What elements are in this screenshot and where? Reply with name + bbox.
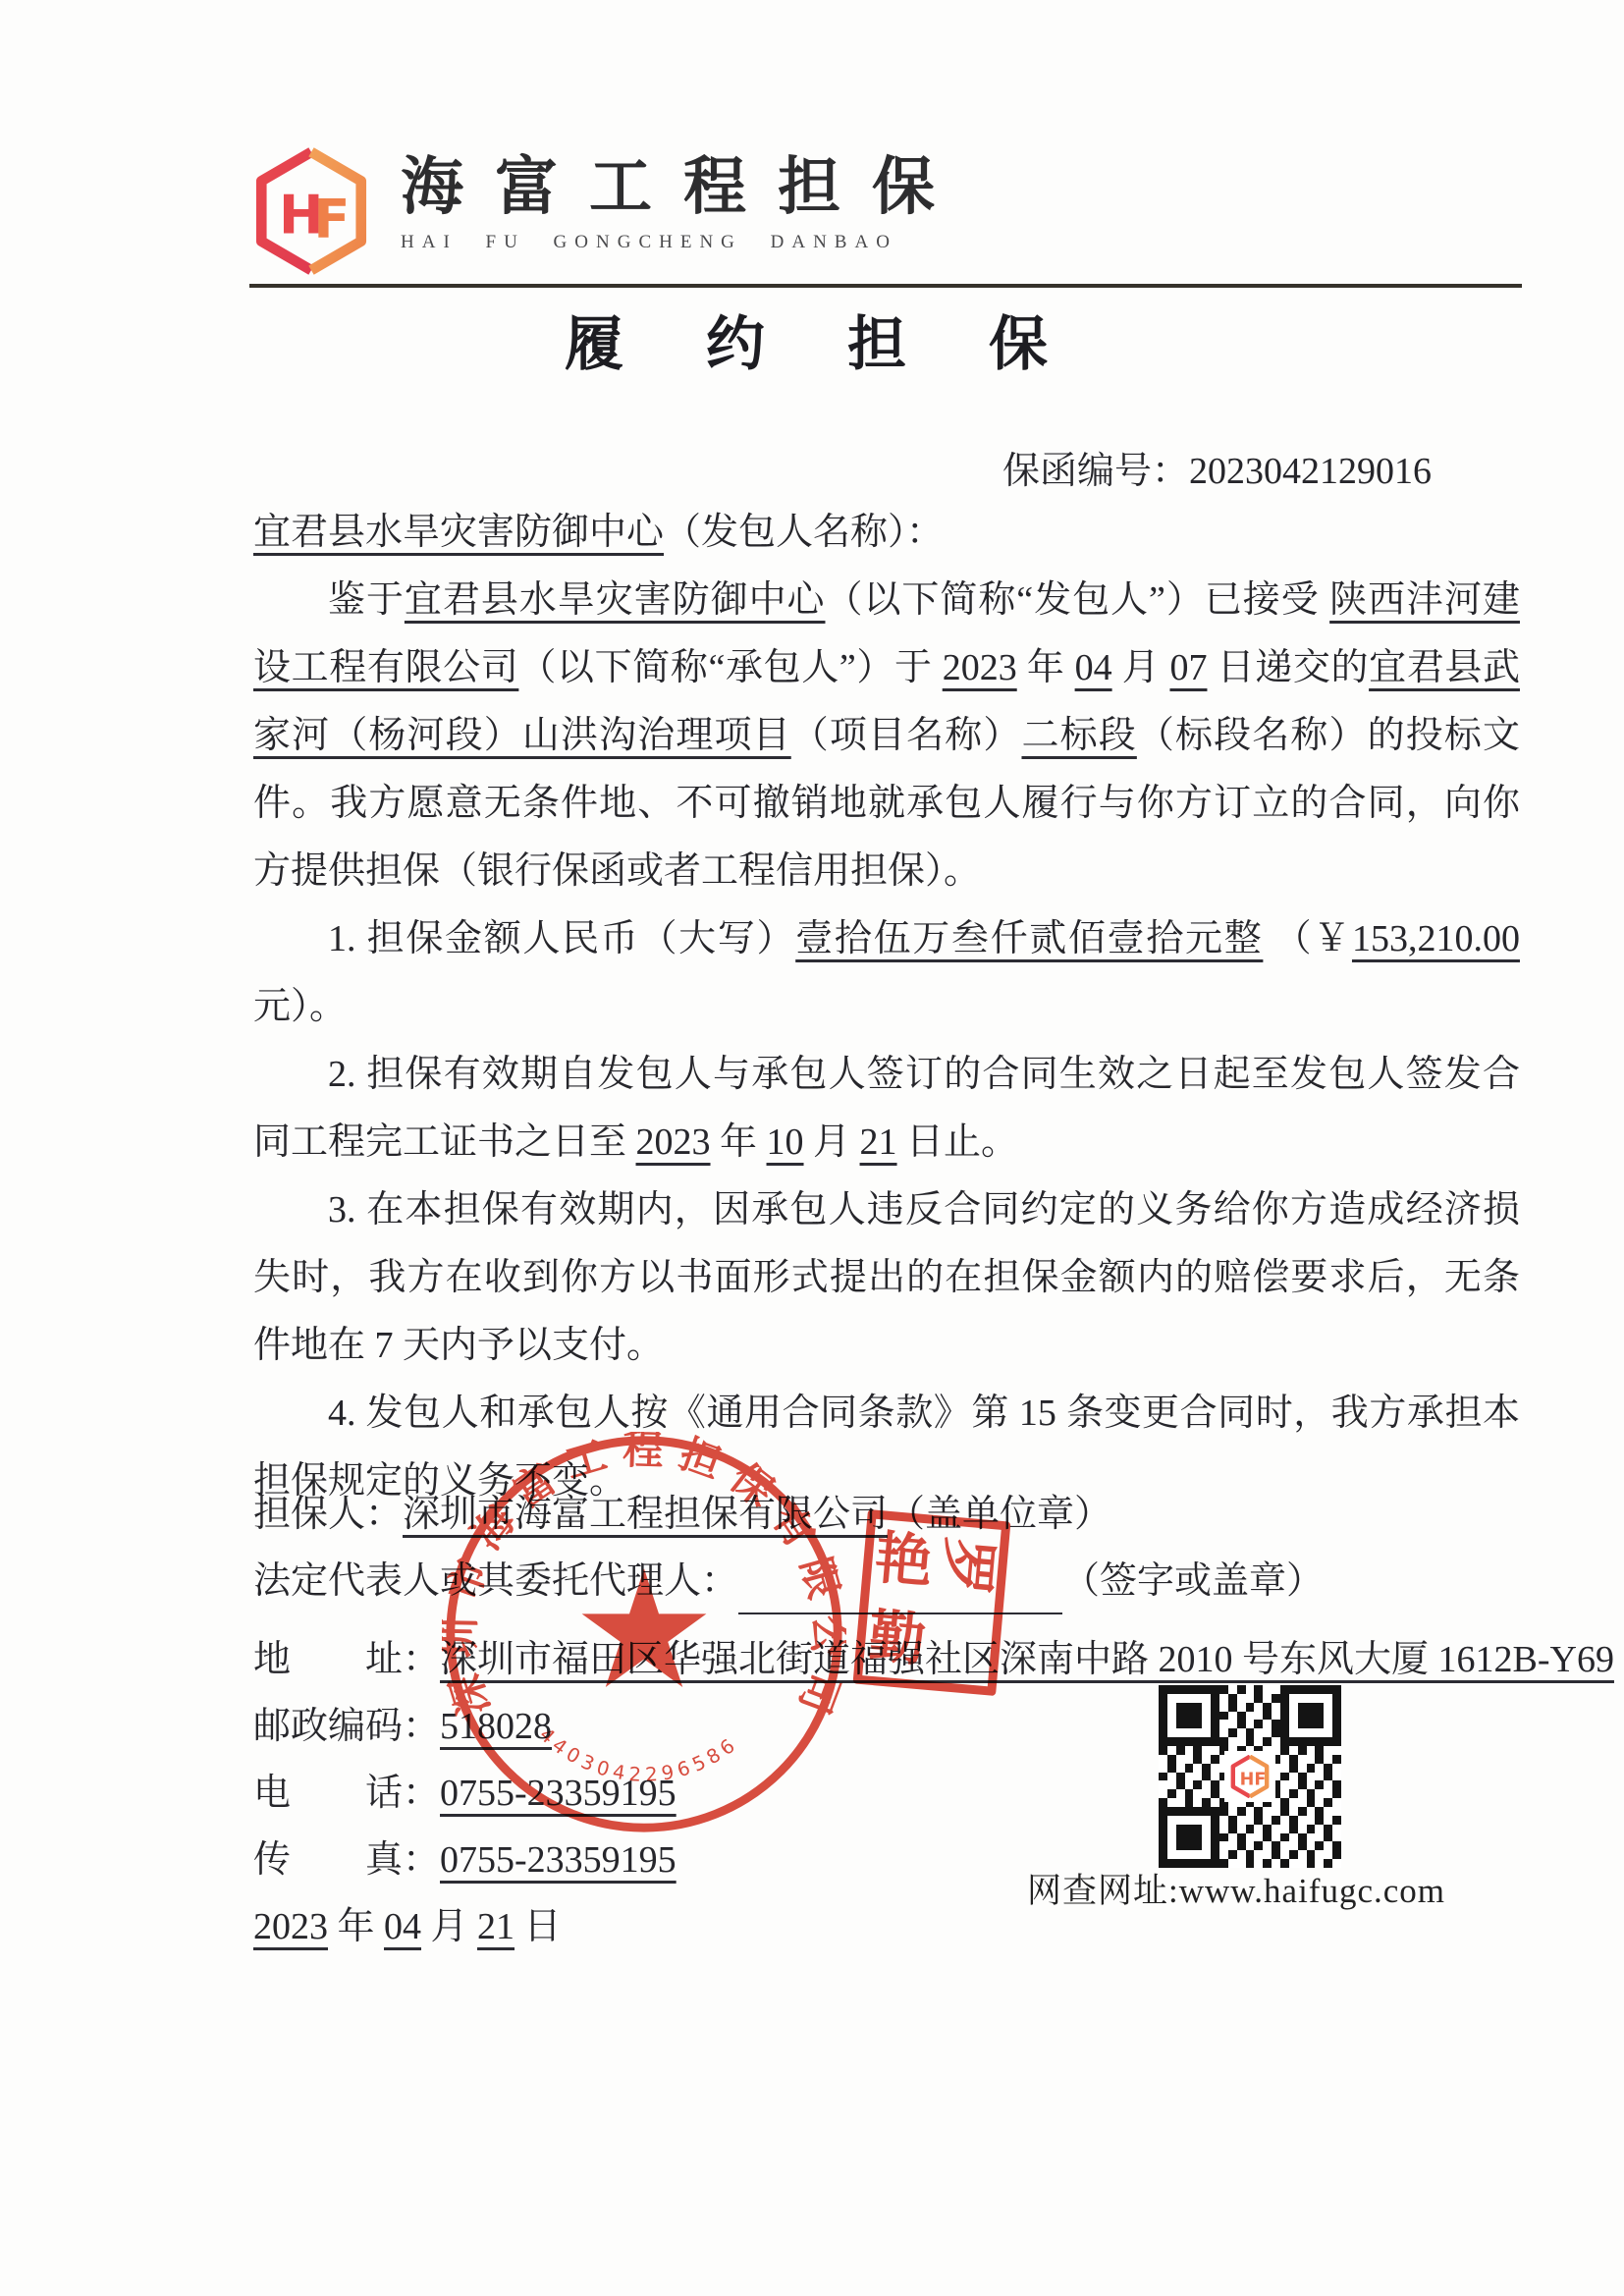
company-name-pinyin: HAI FU GONGCHENG DANBAO [401,232,966,253]
guarantee-ref-line: 保函编号：2023042129016 [1002,440,1432,494]
addressee-line: 宜君县水旱灾害防御中心（发包人名称）： [253,499,1520,567]
document-title: 履 约 担 保 [0,298,1624,382]
clause-2: 2. 担保有效期自发包人与承包人签订的合同生效之日起至发包人签发合同工程完工证书… [253,1041,1520,1176]
logo-text-block: 海富工程担保 HAI FU GONGCHENG DANBAO [401,145,966,253]
qr-code: HF [1159,1685,1341,1868]
verification-url: 网查网址:www.haifugc.com [1027,1864,1439,1913]
personal-name-stamp: 艳 罗 勤 [853,1509,1011,1696]
document-body: 宜君县水旱灾害防御中心（发包人名称）： 鉴于宜君县水旱灾害防御中心（以下简称“发… [253,499,1520,1515]
qr-finder-bottom-left [1159,1807,1219,1868]
hf-hexagon-logo-icon: H F [253,145,369,277]
company-logo: H F 海富工程担保 HAI FU GONGCHENG DANBAO [253,145,966,277]
stamp-char-2: 罗 [925,1532,1008,1602]
clause-1: 1. 担保金额人民币（大写）壹拾伍万叁仟贰佰壹拾元整 （￥153,210.00 … [253,905,1520,1041]
stamp-char-3: 勤 [862,1597,932,1680]
guarantee-document-page: H F 海富工程担保 HAI FU GONGCHENG DANBAO 履 约 担… [0,0,1624,2296]
clause-3: 3. 在本担保有效期内，因承包人违反合同约定的义务给你方造成经济损失时，我方在收… [253,1176,1520,1380]
stamp-char-empty [925,1603,995,1686]
svg-text:HF: HF [1240,1770,1267,1789]
qr-finder-top-left [1159,1685,1219,1746]
header-divider [249,284,1522,288]
qr-center-logo-icon: HF [1224,1751,1275,1802]
company-name-logo-text: 海富工程担保 [401,151,966,224]
svg-text:F: F [313,189,350,250]
ref-number: 2023042129016 [1189,451,1432,492]
ref-label: 保函编号： [1002,451,1189,492]
recital-paragraph: 鉴于宜君县水旱灾害防御中心（以下简称“发包人”）已接受 陕西沣河建设工程有限公司… [253,567,1520,905]
qr-finder-top-right [1280,1685,1341,1746]
